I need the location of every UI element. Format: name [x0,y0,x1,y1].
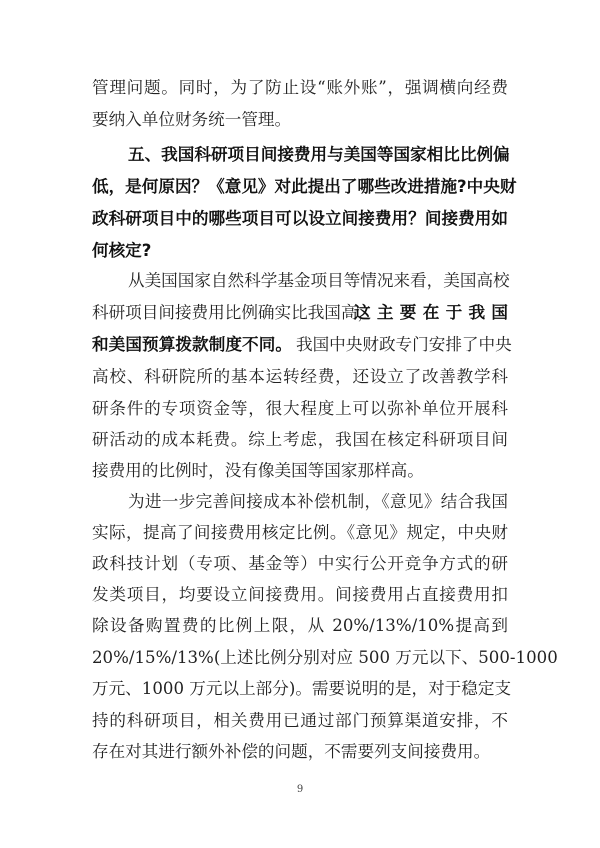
body-text-line: 要纳入单位财务统一管理。 [92,108,508,132]
section-heading-line: 政科研项目中的哪些项目可以设立间接费用？间接费用如 [92,207,508,231]
body-text-line-mixed: 科研项目间接费用比例确实比我国高， 这主要在于我国 [92,301,508,325]
body-text-line-mixed: 和美国预算拨款制度不同。 我国中央财政专门安排了中央 [92,333,508,357]
document-page: 管理问题。同时，为了防止设“账外账”，强调横向经费 要纳入单位财务统一管理。 五… [0,0,600,848]
emphasis-text-segment: 和美国预算拨款制度不同。 [92,333,292,357]
body-text-line: 高校、科研院所的基本运转经费，还设立了改善教学科 [92,365,508,389]
body-text-line: 研活动的成本耗费。综上考虑，我国在核定科研项目间 [92,428,508,452]
body-text-line: 接费用的比例时，没有像美国等国家那样高。 [92,459,508,483]
body-text-line: 发类项目，均要设立间接费用。间接费用占直接费用扣 [92,583,508,607]
page-number: 9 [290,784,310,795]
body-text-segment: 科研项目间接费用比例确实比我国高， [92,301,349,325]
body-text-line: 为进一步完善间接成本补偿机制，《意见》结合我国 [92,490,508,514]
section-heading-line: 五、我国科研项目间接费用与美国等国家相比比例偏 [92,143,508,167]
section-heading-line: 何核定? [92,239,508,263]
emphasis-text-segment: 这主要在于我国 [354,301,508,325]
body-text-line: 政科技计划（专项、基金等）中实行公开竞争方式的研 [92,552,508,576]
section-heading-line: 低，是何原因？《意见》对此提出了哪些改进措施?中央财 [92,175,508,199]
body-text-segment: 我国中央财政专门安排了中央 [296,333,508,357]
body-text-line: 实际，提高了间接费用核定比例。《意见》规定，中央财 [92,521,508,545]
body-text-line: 除设备购置费的比例上限，从 20%/13%/10%提高到 [92,614,508,638]
body-text-line: 20%/15%/13%(上述比例分别对应 500 万元以下、500-1000 [92,646,508,670]
body-text-line: 从美国国家自然科学基金项目等情况来看，美国高校 [92,269,508,293]
body-text-line: 万元、1000 万元以上部分)。需要说明的是，对于稳定支 [92,677,508,701]
body-text-line: 存在对其进行额外补偿的问题，不需要列支间接费用。 [92,740,508,764]
body-text-line: 研条件的专项资金等，很大程度上可以弥补单位开展科 [92,397,508,421]
body-text-line: 管理问题。同时，为了防止设“账外账”，强调横向经费 [92,76,508,100]
body-text-line: 持的科研项目，相关费用已通过部门预算渠道安排，不 [92,709,508,733]
